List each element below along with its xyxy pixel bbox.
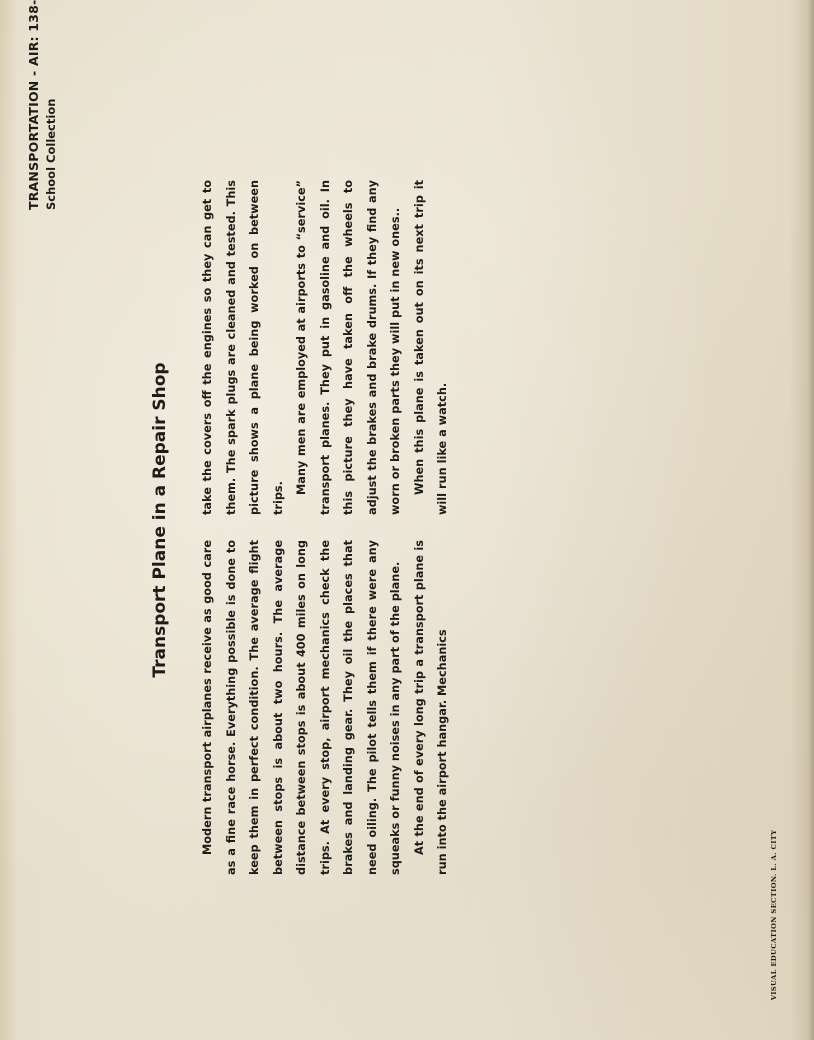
paragraph: take the covers off the engines so they … xyxy=(196,180,290,515)
paragraph: Modern transport airplanes receive as go… xyxy=(196,540,408,875)
document-header: TRANSPORTATION - AIR: 138-14 School Coll… xyxy=(26,0,58,210)
header-category: TRANSPORTATION xyxy=(26,81,41,210)
rotated-document: TRANSPORTATION - AIR: 138-14 School Coll… xyxy=(0,0,814,1040)
header-separator: - xyxy=(26,71,41,76)
paragraph: Many men are employed at airports to “se… xyxy=(290,180,408,515)
document-title: Transport Plane in a Repair Shop xyxy=(150,330,170,710)
paragraph: When this plane is taken out on its next… xyxy=(408,180,455,515)
publisher-footer: VISUAL EDUCATION SECTION. L. A. CITY xyxy=(770,790,778,1040)
paragraph: At the end of every long trip a transpor… xyxy=(408,540,455,875)
text-column-2: take the covers off the engines so they … xyxy=(196,180,455,515)
header-code: AIR: 138-14 xyxy=(26,0,41,66)
text-column-1: Modern transport airplanes receive as go… xyxy=(196,540,455,875)
header-collection: School Collection xyxy=(44,0,58,210)
header-line: TRANSPORTATION - AIR: 138-14 xyxy=(26,0,41,210)
